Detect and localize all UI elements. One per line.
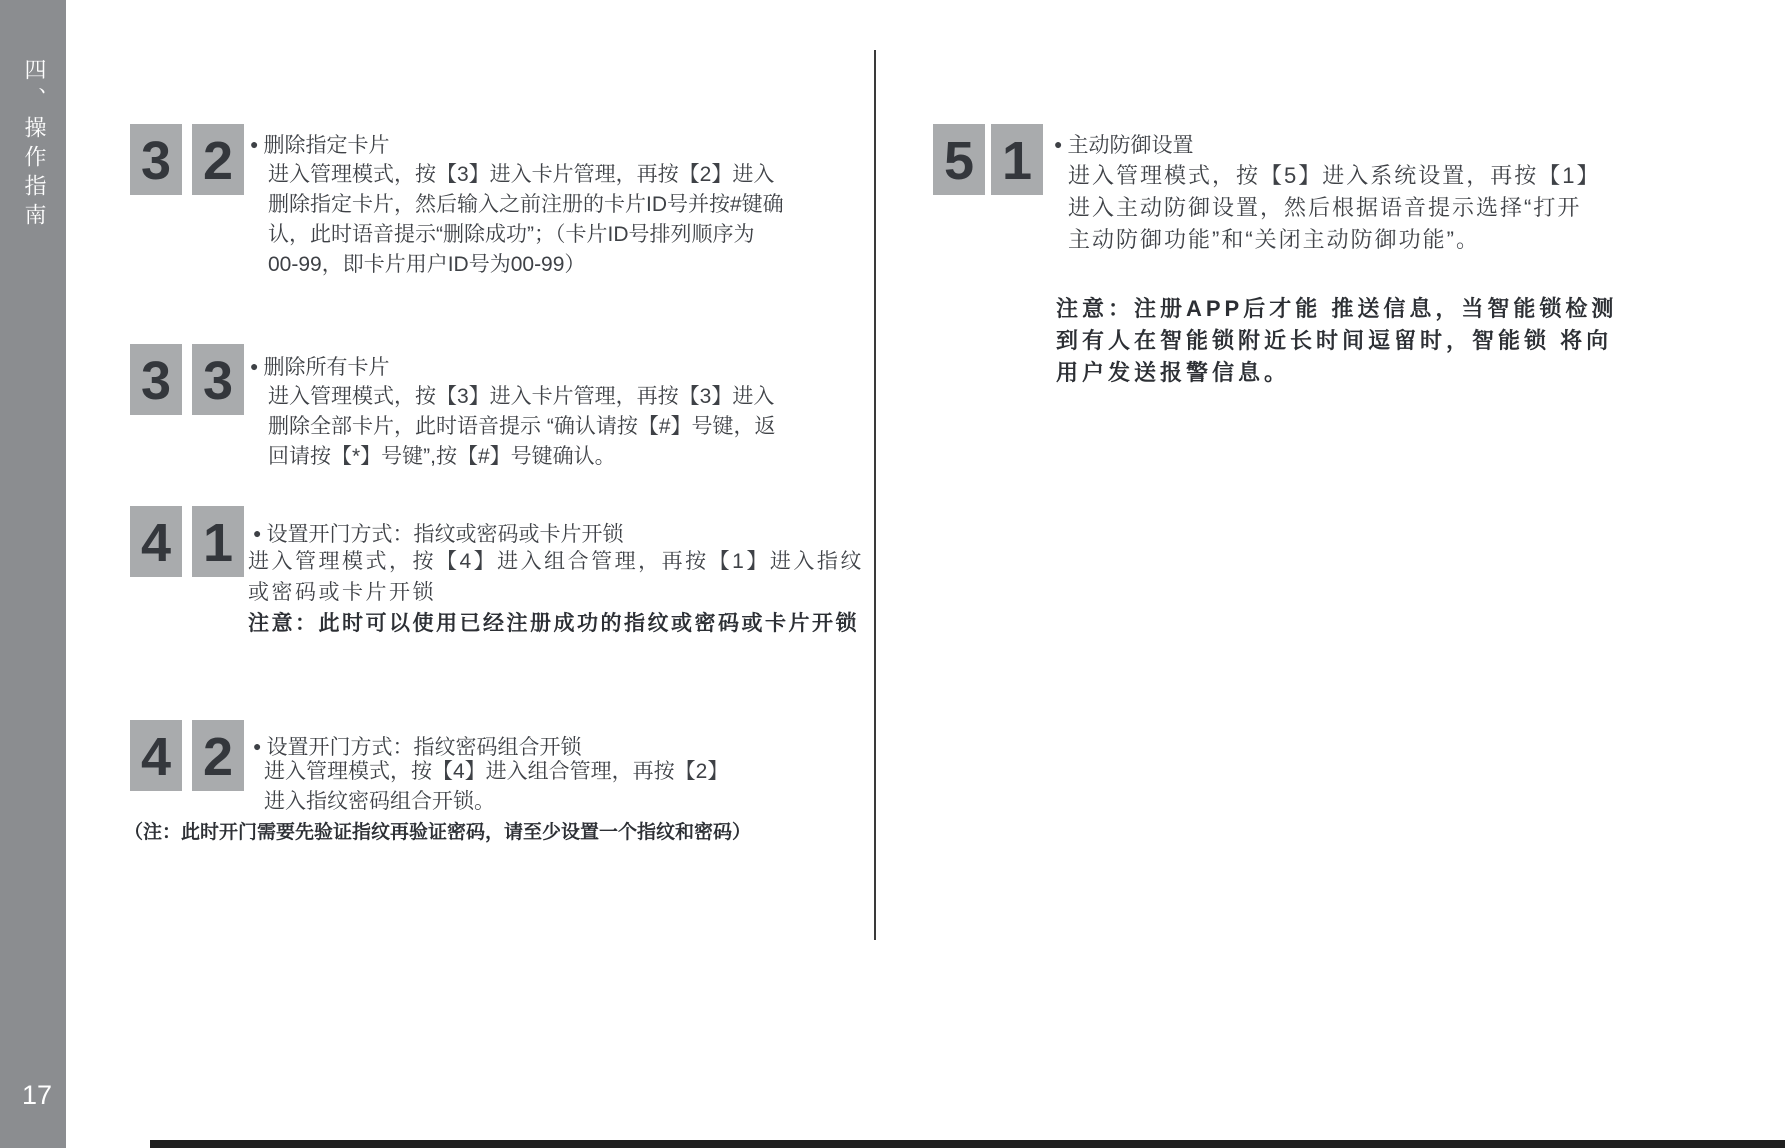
section-3-2-body: 进入管理模式，按【3】进入卡片管理，再按【2】进入 删除指定卡片，然后输入之前注…	[268, 160, 784, 280]
section-5-1-note: 注意：注册APP后才能 推送信息，当智能锁检测 到有人在智能锁附近长时间逗留时，…	[1056, 293, 1617, 389]
section-3-3-title-text: 删除所有卡片	[263, 356, 389, 379]
section-3-3-title: ●删除所有卡片	[250, 351, 389, 381]
section-3-3-number-box-1: 3	[130, 344, 182, 415]
page-number: 17	[22, 1080, 52, 1111]
sidebar: 四、操作指南 17	[0, 0, 66, 1148]
section-4-2-number-box-2: 2	[192, 720, 244, 791]
section-4-2-note: （注：此时开门需要先验证指纹再验证密码，请至少设置一个指纹和密码）	[124, 817, 751, 848]
bullet-icon: ●	[250, 136, 258, 152]
section-4-2-number-box-1: 4	[130, 720, 182, 791]
section-4-1-title-text: 设置开门方式：指纹或密码或卡片开锁	[266, 523, 623, 546]
section-4-2-body: 进入管理模式，按【4】进入组合管理，再按【2】 进入指纹密码组合开锁。	[264, 757, 728, 817]
section-3-2-number-box-1: 3	[130, 124, 182, 195]
section-3-2-title-text: 删除指定卡片	[263, 134, 389, 157]
column-divider	[874, 50, 876, 940]
section-3-3-number-box-2: 3	[192, 344, 244, 415]
manual-page: 四、操作指南 17 3 2 ●删除指定卡片 进入管理模式，按【3】进入卡片管理，…	[0, 0, 1785, 1148]
section-4-1-title: ●设置开门方式：指纹或密码或卡片开锁	[253, 518, 623, 548]
section-4-2-title-text: 设置开门方式：指纹密码组合开锁	[266, 736, 581, 759]
section-4-1-number-box-2: 1	[192, 506, 244, 577]
section-5-1-title: ●主动防御设置	[1054, 129, 1193, 159]
section-4-1-number-box-1: 4	[130, 506, 182, 577]
section-5-1-number-box-1: 5	[933, 124, 985, 195]
bottom-bar	[150, 1140, 1785, 1148]
section-5-1-number-box-2: 1	[991, 124, 1043, 195]
section-4-1-note: 注意：此时可以使用已经注册成功的指纹或密码或卡片开锁	[248, 608, 859, 639]
bullet-icon: ●	[253, 525, 261, 541]
chapter-title: 四、操作指南	[19, 58, 50, 232]
bullet-icon: ●	[1054, 136, 1062, 152]
section-4-1-body: 进入管理模式，按【4】进入组合管理，再按【1】进入指纹 或密码或卡片开锁	[248, 546, 864, 608]
bullet-icon: ●	[253, 738, 261, 754]
section-5-1-title-text: 主动防御设置	[1067, 134, 1193, 157]
section-5-1-body: 进入管理模式，按【5】进入系统设置，再按【1】 进入主动防御设置，然后根据语音提…	[1068, 160, 1600, 256]
section-3-3-body: 进入管理模式，按【3】进入卡片管理，再按【3】进入 删除全部卡片，此时语音提示 …	[268, 382, 776, 472]
section-3-2-number-box-2: 2	[192, 124, 244, 195]
bullet-icon: ●	[250, 358, 258, 374]
section-3-2-title: ●删除指定卡片	[250, 129, 389, 159]
